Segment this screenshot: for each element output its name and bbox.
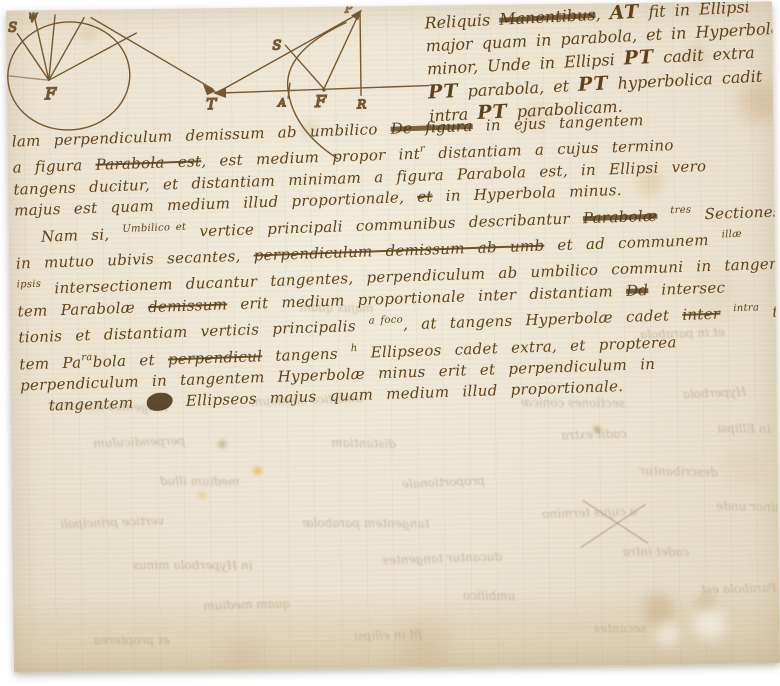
- ellipse-figure: S ψ F: [6, 6, 216, 134]
- text-segment: intersec: [648, 278, 726, 299]
- text-segment: Nam si,: [41, 225, 123, 246]
- parabola-label-r: R: [356, 97, 366, 111]
- text-segment: Parabola est: [95, 153, 201, 175]
- text-segment: Umbilico et: [122, 221, 186, 234]
- stain: [199, 492, 205, 498]
- ellipse-label-f: F: [44, 84, 57, 103]
- parabola-label-p: P: [344, 2, 353, 15]
- parabola-label-f: F: [314, 92, 327, 111]
- ellipse-label-s: S: [8, 21, 17, 36]
- text-segment: perpendicul: [168, 347, 263, 368]
- ellipse-label-psi: ψ: [28, 8, 38, 22]
- text-segment: Reliquis: [424, 10, 500, 33]
- text-segment: [720, 304, 734, 322]
- manuscript-scan: tangentes ducanturumbilico communisectio…: [0, 0, 780, 686]
- stain: [254, 467, 262, 475]
- text-segment: Dd: [626, 281, 649, 300]
- text-segment: intra: [733, 303, 759, 315]
- text-segment: tangen: [759, 301, 780, 321]
- stain: [723, 443, 768, 488]
- text-segment: ipsis: [17, 279, 42, 291]
- text-segment: Parabolæ: [583, 206, 658, 227]
- parabola-label-t: T: [206, 95, 217, 113]
- text-segment: fit in Ellipsi: [639, 1, 750, 21]
- text-segment: P: [146, 393, 173, 412]
- text-segment: in ejus tangentem: [472, 111, 643, 135]
- text-segment: bola et: [92, 350, 168, 371]
- stain: [224, 632, 264, 672]
- text-segment: parabola, et: [458, 75, 579, 100]
- text-segment: cadit extra: [654, 43, 755, 67]
- text-segment: PT: [623, 46, 655, 70]
- stain: [397, 618, 450, 671]
- text-segment: PT: [578, 72, 610, 96]
- text-segment: De figura: [390, 117, 473, 138]
- text-segment: inter: [682, 305, 721, 324]
- stain: [656, 623, 680, 647]
- text-segment: et: [417, 188, 433, 207]
- stain: [693, 608, 725, 640]
- paper-surface: tangentes ducanturumbilico communisectio…: [6, 1, 780, 672]
- parabola-label-s: S: [272, 38, 281, 53]
- text-segment: illæ: [722, 229, 743, 241]
- text-segment: demissum: [148, 295, 228, 316]
- text-segment: Manentibus: [499, 5, 596, 29]
- paper-sheet: tangentes ducanturumbilico communisectio…: [6, 1, 780, 672]
- text-segment: tres: [670, 204, 691, 216]
- text-segment: ra: [81, 352, 93, 363]
- text-segment: a figura: [12, 156, 95, 177]
- text-segment: tem Parabolæ: [17, 298, 148, 320]
- stain: [218, 440, 226, 448]
- text-segment: tangentem: [49, 394, 147, 415]
- text-segment: PT: [428, 79, 460, 103]
- text-segment: tangens: [262, 344, 351, 365]
- body-text-block: lam perpendiculum demissum ab umbilico D…: [11, 106, 780, 419]
- text-segment: ,: [595, 4, 610, 24]
- text-segment: a foco: [369, 315, 404, 327]
- parabola-label-a: A: [277, 96, 286, 109]
- text-segment: [657, 206, 671, 224]
- text-segment: Sectiones conicæ: [691, 200, 780, 223]
- text-segment: tem Pa: [19, 353, 82, 373]
- stain: [594, 426, 600, 432]
- stain: [642, 593, 674, 625]
- text-segment: AT: [609, 1, 640, 24]
